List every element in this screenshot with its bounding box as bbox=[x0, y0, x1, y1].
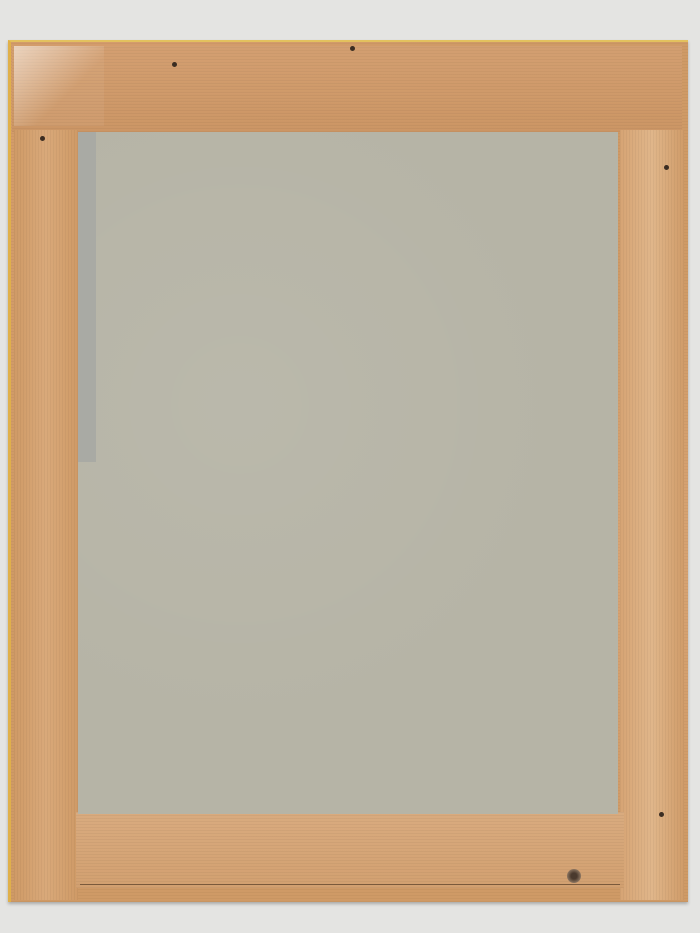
kraft-tape-top bbox=[12, 46, 682, 132]
tape-seam bbox=[80, 884, 620, 885]
plastic-tape-sheen bbox=[14, 46, 104, 126]
kraft-tape-right bbox=[620, 130, 684, 900]
cardboard-backing bbox=[78, 132, 618, 814]
screw-icon bbox=[567, 869, 581, 883]
kraft-tape-bottom bbox=[76, 812, 624, 888]
kraft-tape-left bbox=[14, 130, 78, 900]
cardboard-patch bbox=[78, 132, 96, 462]
nail-icon bbox=[664, 165, 669, 170]
nail-icon bbox=[172, 62, 177, 67]
nail-icon bbox=[40, 136, 45, 141]
nail-icon bbox=[350, 46, 355, 51]
nail-icon bbox=[659, 812, 664, 817]
